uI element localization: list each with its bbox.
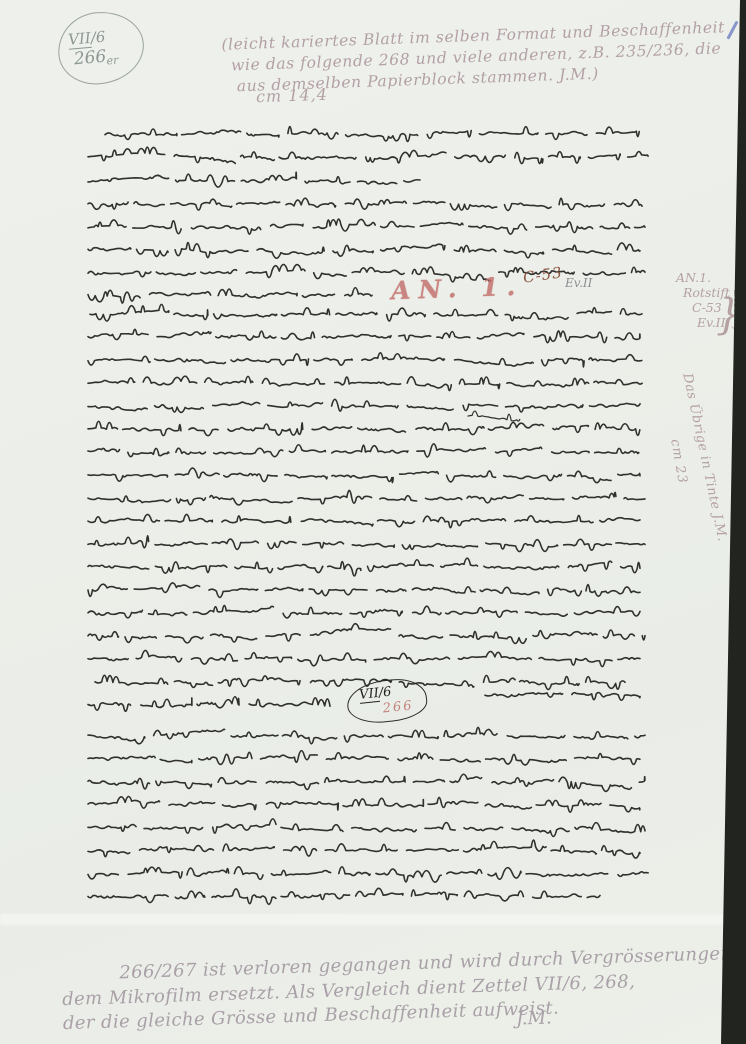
margin-brace-label: Bleistift <box>731 290 745 336</box>
handwriting-line <box>88 376 642 390</box>
handwriting-line <box>88 288 372 304</box>
handwriting-line <box>88 819 645 837</box>
handwriting-line <box>88 198 642 210</box>
handwriting-line <box>88 867 648 882</box>
scan-edge-shadow <box>0 0 746 1044</box>
width-measurement-note: cm 14,4 <box>256 85 328 106</box>
handwriting-line <box>88 605 640 618</box>
handwriting-line <box>88 888 600 904</box>
handwriting-line <box>88 219 645 234</box>
handwriting-line <box>485 693 640 701</box>
handwriting-line <box>88 514 640 527</box>
margin-note-line: AN.1. <box>676 270 730 285</box>
shelf-mark-number-red: 266 <box>382 698 414 716</box>
handwriting-line <box>88 421 640 435</box>
handwriting-line <box>88 558 640 576</box>
paper-crease <box>0 914 746 925</box>
handwriting-line <box>88 624 645 644</box>
handwriting-line <box>88 147 648 163</box>
c53-code-annotation: C-53 <box>522 263 564 286</box>
handwriting-line <box>88 727 645 744</box>
scanned-manuscript-page: VII/6 266er (leicht kariertes Blatt im s… <box>0 0 746 1044</box>
handwriting-line <box>88 840 640 858</box>
handwriting-line <box>88 468 640 483</box>
handwritten-shorthand-body <box>0 0 746 1044</box>
handwriting-line <box>88 774 645 791</box>
handwriting-line <box>88 353 642 367</box>
handwriting-line <box>88 536 645 552</box>
blue-pen-mark <box>726 21 738 40</box>
handwriting-line <box>105 127 639 142</box>
handwriting-line <box>468 411 520 421</box>
handwriting-line <box>88 329 640 342</box>
handwriting-line <box>88 650 640 666</box>
margin-height-measurement: cm 23 <box>667 438 690 485</box>
handwriting-line <box>88 583 640 598</box>
handwriting-line <box>88 444 639 457</box>
handwriting-line <box>90 304 642 321</box>
handwriting-line <box>88 172 420 187</box>
handwriting-line <box>88 243 640 259</box>
ev2-pencil-annotation: Ev.II <box>565 276 592 290</box>
shelf-mark-circled-pencil: VII/6 266er <box>55 8 147 87</box>
shelf-mark-circled-ink: VII/6 266 <box>345 676 429 726</box>
archivist-initials: J.M. <box>516 1007 552 1029</box>
handwriting-line <box>88 399 640 412</box>
margin-vertical-note: Das Übrige in Tinte J.M. <box>679 372 729 543</box>
handwriting-line <box>88 490 645 505</box>
handwriting-line <box>88 797 640 813</box>
archivist-bottom-note: 266/267 ist verloren gegangen und wird d… <box>61 941 746 1037</box>
handwriting-line <box>88 751 640 765</box>
handwriting-line <box>88 697 330 712</box>
an1-red-stamp: AN. 1. <box>391 272 524 306</box>
